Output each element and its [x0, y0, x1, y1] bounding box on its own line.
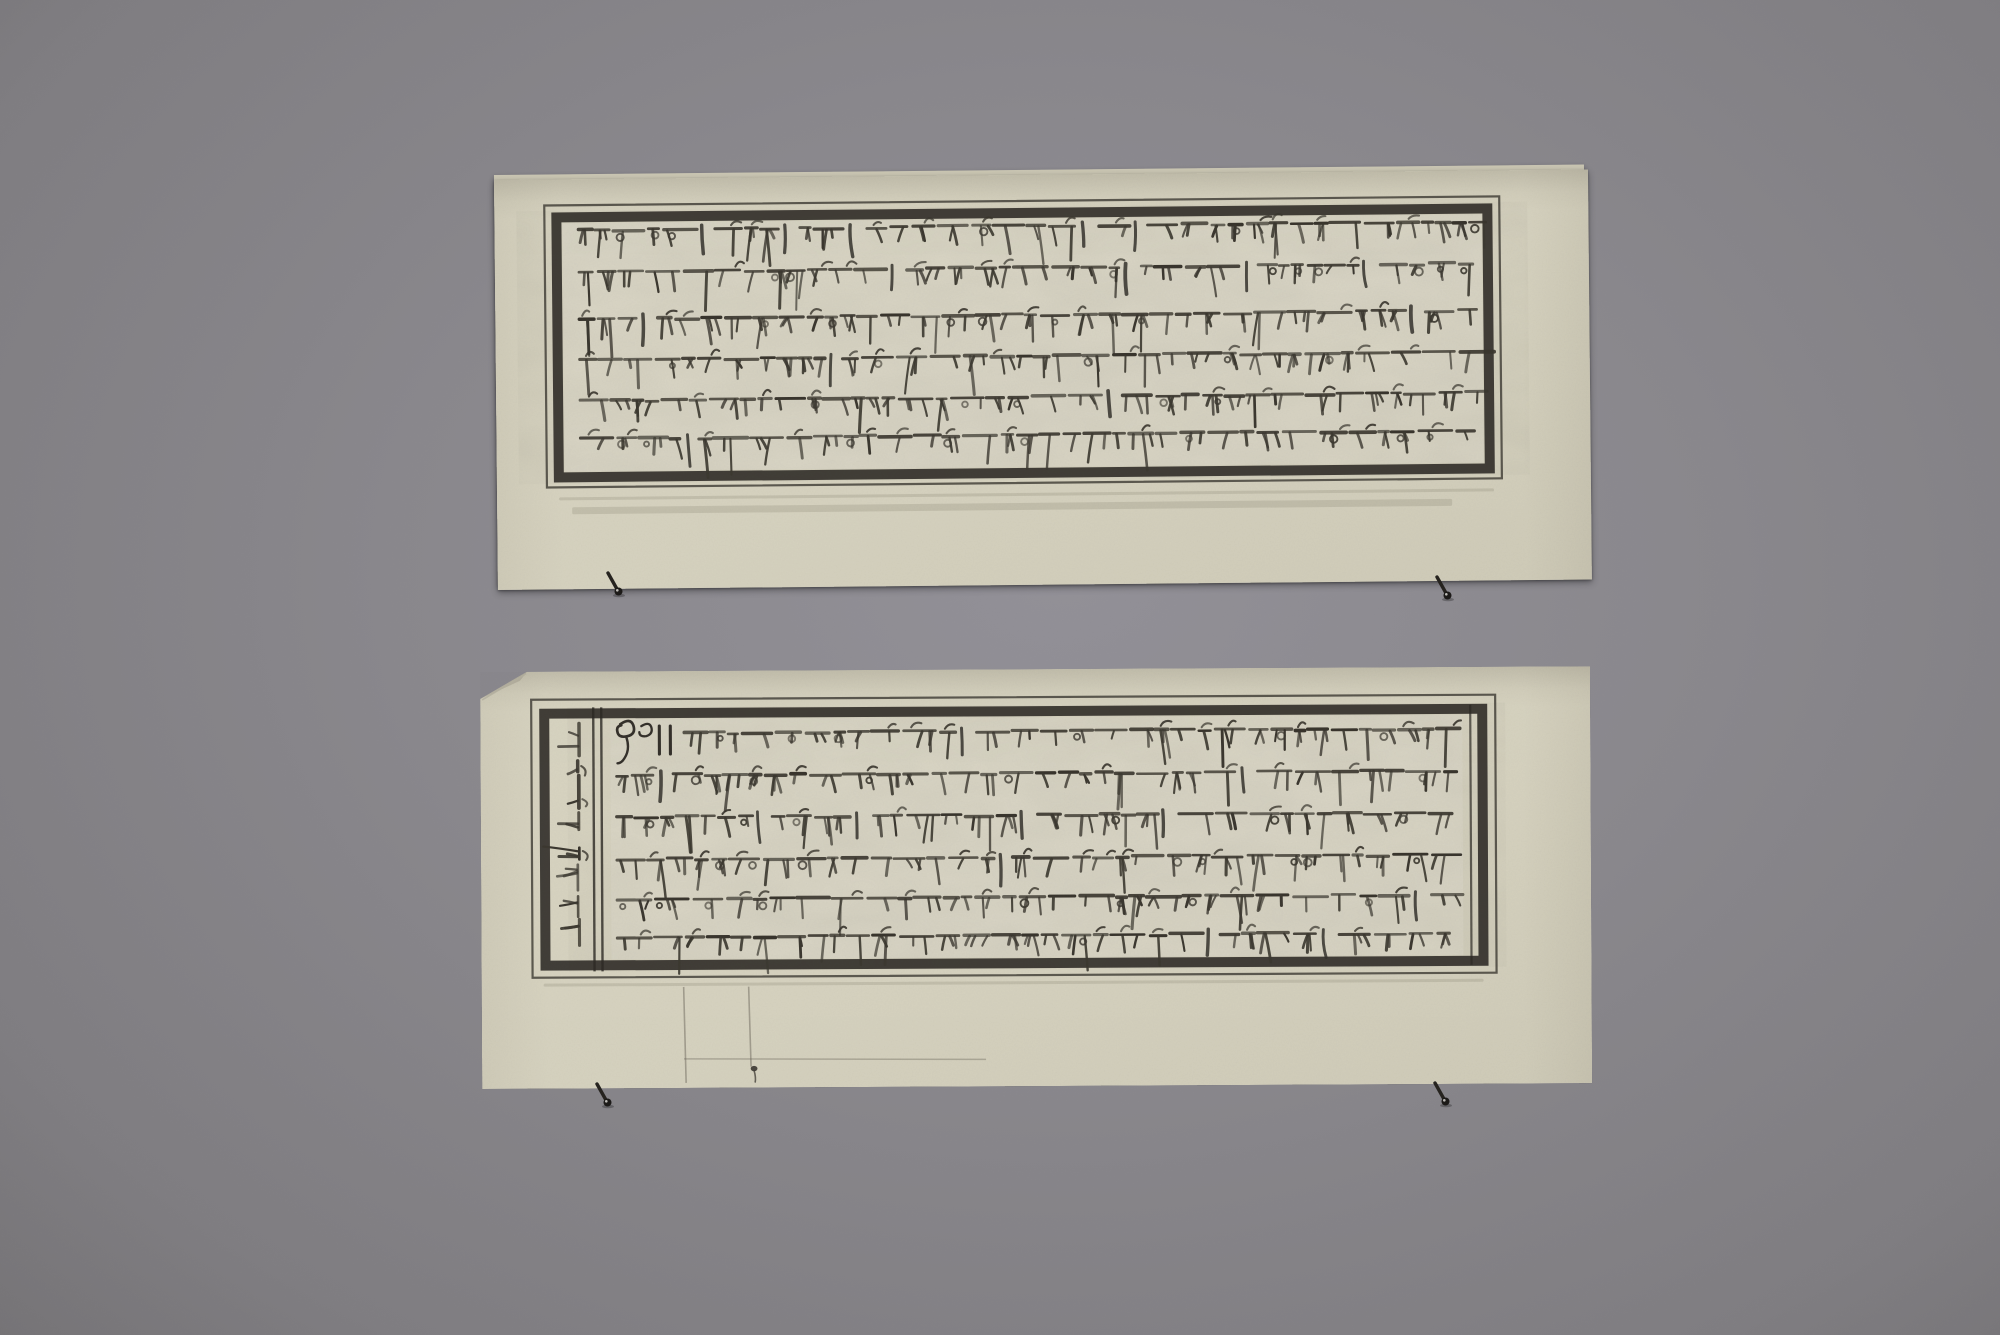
lower-folio-printed-text-block — [480, 666, 1592, 1089]
upper-folio: Photograph of two loose Tibetan pecha wo… — [494, 169, 1592, 589]
mounting-pin-icon — [601, 568, 631, 600]
upper-folio-printed-text-block — [494, 169, 1592, 589]
lower-folio: dog-eared top-left corner; faint pencil … — [480, 666, 1592, 1089]
mounting-pin-icon — [1428, 1078, 1458, 1110]
mounting-pin-icon — [590, 1079, 620, 1111]
photo-backdrop: Photograph of two loose Tibetan pecha wo… — [0, 0, 2000, 1335]
mounting-pin-icon — [1430, 572, 1460, 604]
